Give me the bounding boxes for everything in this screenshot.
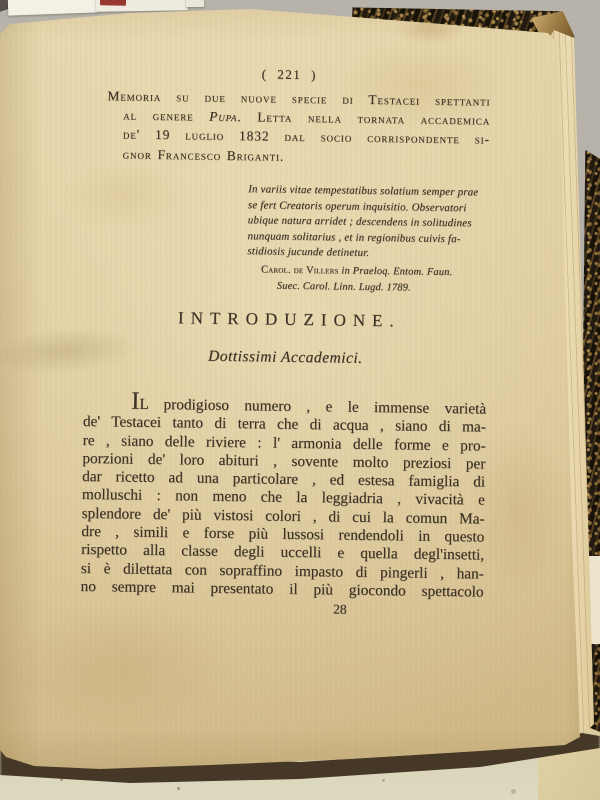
signature-mark: 28 [138, 599, 541, 621]
title-block: Memoria su due nuove specie di Testacei … [87, 86, 491, 168]
title-line: Memoria su due nuove specie di Testacei … [107, 86, 490, 111]
paragraph-line: re , siano delle riviere : l' armonia de… [83, 432, 486, 456]
page-number: ( 221 ) [88, 64, 491, 86]
paper-stain [330, 40, 510, 130]
paragraph-line: dre , simili e forse più lussosi rendend… [81, 523, 484, 547]
paragraph-line: no sempre mai presentato il più giocondo… [80, 578, 483, 602]
epigraph: In variis vitae tempestatibus solatium s… [247, 182, 481, 296]
bookmark-red-mark [100, 0, 126, 6]
printed-text-layer: ( 221 ) Memoria su due nuove specie di T… [80, 58, 491, 664]
paragraph-line: porzioni de' loro abituri , sovente molt… [82, 450, 485, 474]
paragraph-line: si è dilettata con sopraffino impasto di… [81, 560, 484, 584]
bookmark-slip-2 [96, 0, 188, 12]
paragraph-line: splendore de' più vistosi colori , di cu… [82, 505, 485, 529]
paragraph-line: molluschi : non meno che la leggiadria ,… [82, 486, 485, 510]
salutation: Dottissimi Accademici. [84, 346, 487, 370]
epigraph-line: In variis vitae tempestatibus solatium s… [248, 182, 480, 201]
title-line: gnor Francesco Briganti. [123, 144, 490, 168]
bookmark-slip-3 [186, 0, 204, 7]
title-line-text: . Letta nella tornata accademica [237, 109, 490, 128]
section-heading: INTRODUZIONE. [84, 307, 487, 333]
epigraph-line: nunquam solitarius , et in regionibus cu… [247, 229, 479, 248]
epigraph-line: se fert Creatoris operum inquisitio. Obs… [248, 198, 480, 217]
citation-work: in Praeloq. Entom. Faun. [341, 266, 452, 279]
paper-crease [0, 323, 141, 379]
epigraph-line: ubique natura arridet ; descendens in so… [248, 213, 480, 232]
title-genus-italic: Pupa [209, 109, 237, 124]
book-photo-scene: ( 221 ) Memoria su due nuove specie di T… [0, 0, 600, 800]
paper-stain [60, 160, 190, 230]
body-paragraph: IL prodigioso numero , e le immense vari… [80, 392, 486, 602]
title-line: de' 19 luglio 1832 dal socio corrisponde… [123, 125, 490, 149]
title-line-text: al genere [123, 108, 209, 124]
bookmark-slip-1 [8, 0, 99, 16]
paragraph-line: dar ricetto ad una particolare , ed este… [82, 468, 485, 492]
paragraph-line: de' Testacei tanto di terra che di acqua… [83, 413, 486, 437]
epigraph-citation-line2: Suec. Carol. Linn. Lugd. 1789. [277, 278, 479, 296]
epigraph-citation: Carol. de Villers in Praeloq. Entom. Fau… [261, 262, 479, 281]
paper-stain [468, 420, 568, 600]
citation-author: Carol. de Villers [261, 264, 342, 276]
book-page: ( 221 ) Memoria su due nuove specie di T… [0, 0, 600, 800]
title-line: al genere Pupa. Letta nella tornata acca… [123, 106, 490, 130]
paper-stain [14, 600, 234, 730]
paragraph-line: IL prodigioso numero , e le immense vari… [83, 392, 486, 419]
paragraph-line: rispetto alla classe degli uccelli e que… [81, 541, 484, 565]
epigraph-line: stidiosis jucunde detinetur. [247, 245, 479, 264]
